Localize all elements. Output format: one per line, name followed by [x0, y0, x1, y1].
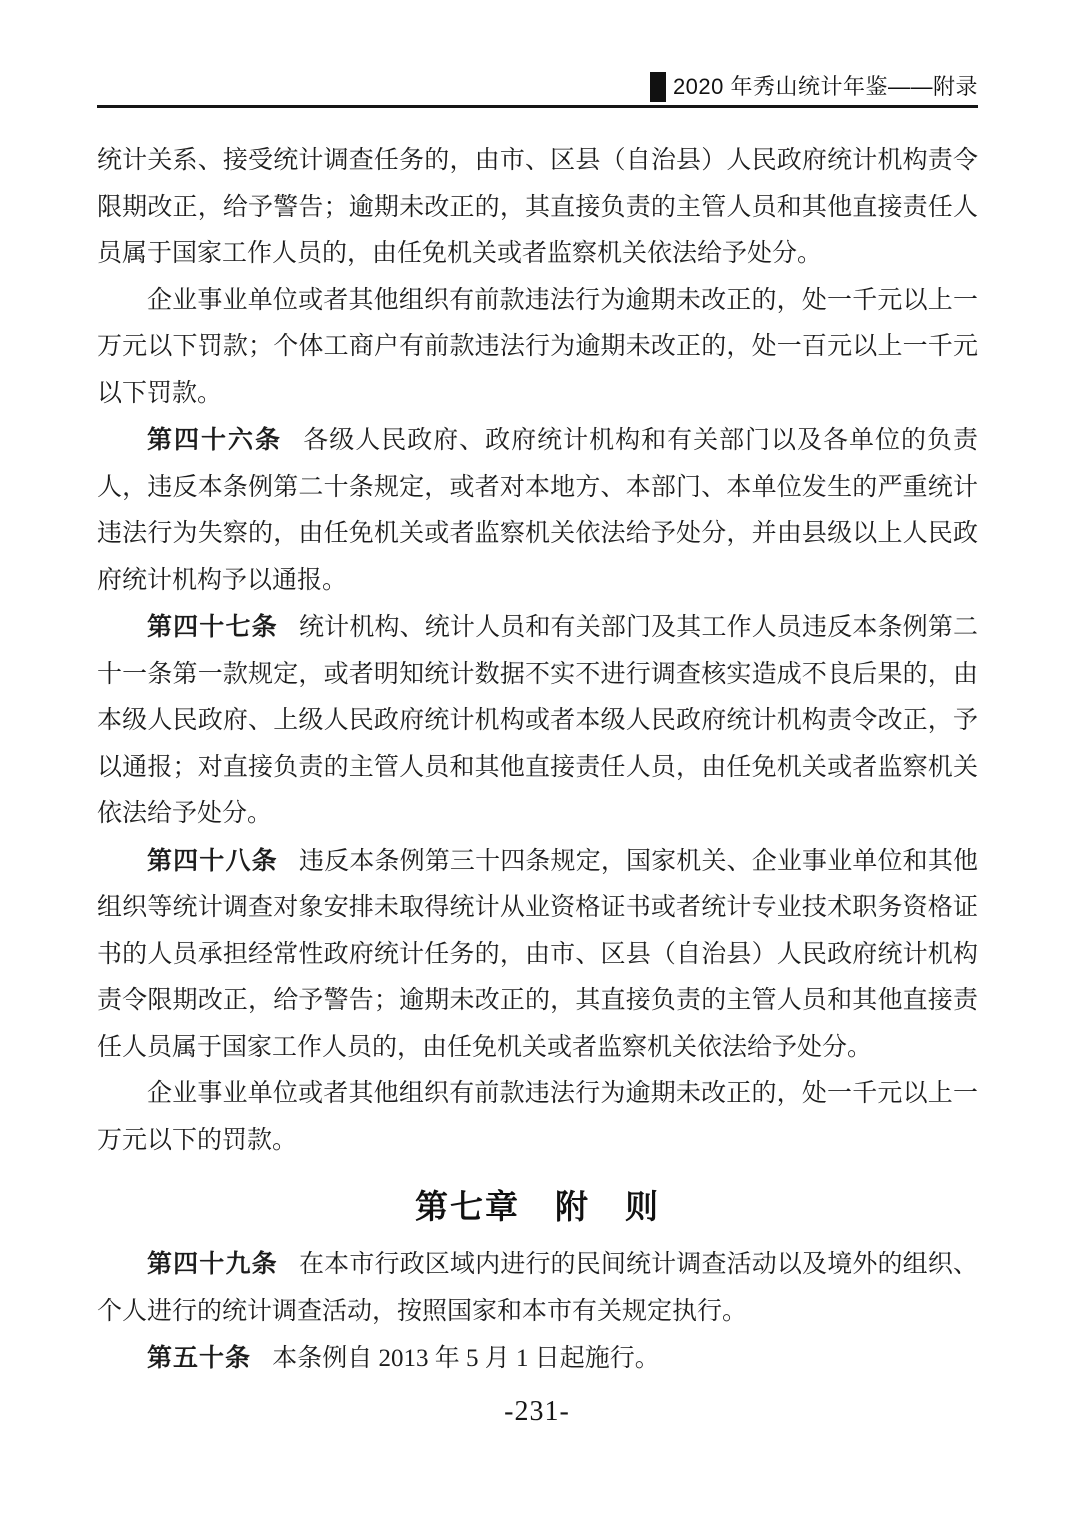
header-title: 2020 年秀山统计年鉴——附录 — [673, 73, 978, 101]
paragraph-text: 统计关系、接受统计调查任务的，由市、区县（自治县）人民政府统计机构责令限期改正，… — [97, 147, 978, 267]
paragraph: 企业事业单位或者其他组织有前款违法行为逾期未改正的，处一千元以上一万元以下的罚款… — [97, 1071, 978, 1164]
paragraph: 第四十六条各级人民政府、政府统计机构和有关部门以及各单位的负责人，违反本条例第二… — [97, 417, 978, 604]
paragraph: 第四十七条统计机构、统计人员和有关部门及其工作人员违反本条例第二十一条第一款规定… — [97, 604, 978, 838]
paragraph-text: 企业事业单位或者其他组织有前款违法行为逾期未改正的，处一千元以上一万元以下罚款；… — [97, 287, 978, 407]
page-number: -231- — [0, 1396, 1074, 1428]
paragraph-text: 统计机构、统计人员和有关部门及其工作人员违反本条例第二十一条第一款规定，或者明知… — [97, 614, 978, 827]
document-body: 统计关系、接受统计调查任务的，由市、区县（自治县）人民政府统计机构责令限期改正，… — [97, 138, 978, 1383]
page-header: 2020 年秀山统计年鉴——附录 — [97, 0, 978, 102]
article-number-label: 第四十八条 — [147, 847, 278, 875]
yearbook-appendix-page: 2020 年秀山统计年鉴——附录 统计关系、接受统计调查任务的，由市、区县（自治… — [0, 0, 1074, 1520]
paragraph-text: 企业事业单位或者其他组织有前款违法行为逾期未改正的，处一千元以上一万元以下的罚款… — [97, 1080, 978, 1154]
paragraph: 第四十九条在本市行政区域内进行的民间统计调查活动以及境外的组织、个人进行的统计调… — [97, 1241, 978, 1335]
header-divider — [97, 105, 978, 108]
chapter-heading: 第七章 附 则 — [97, 1182, 978, 1232]
paragraph-text: 违反本条例第三十四条规定，国家机关、企业事业单位和其他组织等统计调查对象安排未取… — [97, 848, 978, 1061]
article-number-label: 第五十条 — [147, 1344, 251, 1372]
paragraph: 第四十八条违反本条例第三十四条规定，国家机关、企业事业单位和其他组织等统计调查对… — [97, 838, 978, 1072]
article-number-label: 第四十七条 — [147, 613, 278, 641]
article-number-label: 第四十六条 — [147, 426, 282, 454]
paragraph: 统计关系、接受统计调查任务的，由市、区县（自治县）人民政府统计机构责令限期改正，… — [97, 138, 978, 278]
header-bar-icon — [650, 72, 666, 102]
paragraph-text: 本条例自 2013 年 5 月 1 日起施行。 — [272, 1345, 660, 1372]
paragraph: 第五十条本条例自 2013 年 5 月 1 日起施行。 — [97, 1335, 978, 1383]
article-number-label: 第四十九条 — [147, 1250, 278, 1278]
paragraph: 企业事业单位或者其他组织有前款违法行为逾期未改正的，处一千元以上一万元以下罚款；… — [97, 278, 978, 418]
